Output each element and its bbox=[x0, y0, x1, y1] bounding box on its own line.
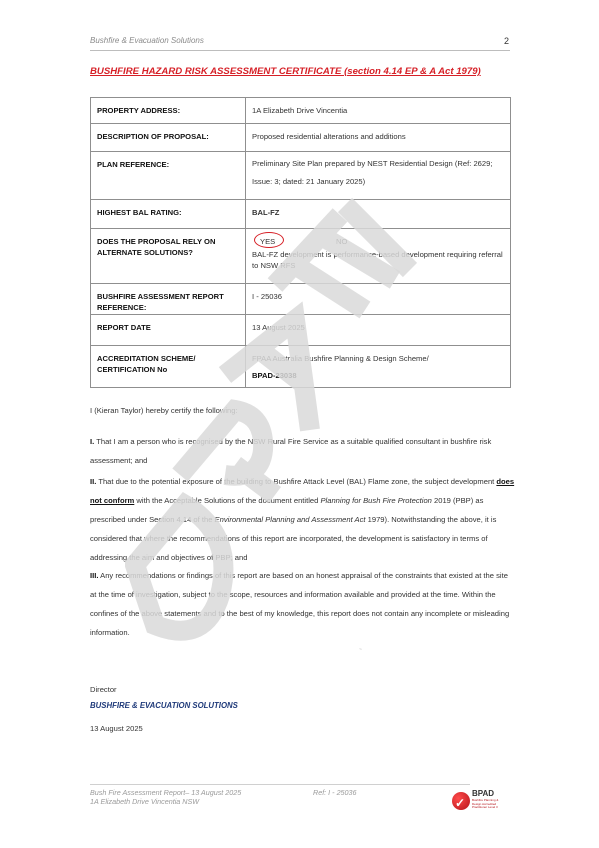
table-row: HIGHEST BAL RATING: BAL-FZ bbox=[91, 200, 511, 229]
row-label: PROPERTY ADDRESS: bbox=[91, 98, 246, 124]
signature-date: 13 August 2025 bbox=[90, 724, 143, 733]
proposal-description-value: Proposed residential alterations and add… bbox=[246, 124, 511, 152]
footer-reference: Ref: I - 25036 bbox=[313, 788, 357, 797]
certification-number: BPAD-23038 bbox=[252, 370, 504, 381]
row-label: DOES THE PROPOSAL RELY ON ALTERNATE SOLU… bbox=[91, 229, 246, 284]
signatory-role: Director bbox=[90, 685, 117, 694]
footer-rule bbox=[90, 784, 470, 785]
row-label: DESCRIPTION OF PROPOSAL: bbox=[91, 124, 246, 152]
certification-item-3: III. Any recommendations or findings of … bbox=[90, 566, 515, 642]
bal-rating-value: BAL-FZ bbox=[246, 200, 511, 229]
plan-reference-value: Preliminary Site Plan prepared by NEST R… bbox=[252, 155, 504, 191]
running-header: Bushfire & Evacuation Solutions bbox=[90, 36, 510, 45]
property-address-value: 1A Elizabeth Drive Vincentia bbox=[246, 98, 511, 124]
signatory-company: BUSHFIRE & EVACUATION SOLUTIONS bbox=[90, 701, 238, 710]
page-number: 2 bbox=[504, 36, 509, 46]
row-label: PLAN REFERENCE: bbox=[91, 152, 246, 200]
table-row: BUSHFIRE ASSESSMENT REPORT REFERENCE: I … bbox=[91, 284, 511, 315]
row-label: BUSHFIRE ASSESSMENT REPORT REFERENCE: bbox=[91, 284, 246, 315]
certification-intro: I (Kieran Taylor) hereby certify the fol… bbox=[90, 401, 515, 420]
table-row: PROPERTY ADDRESS: 1A Elizabeth Drive Vin… bbox=[91, 98, 511, 124]
table-row: PLAN REFERENCE: Preliminary Site Plan pr… bbox=[91, 152, 511, 200]
row-label: ACCREDITATION SCHEME/ CERTIFICATION No bbox=[91, 346, 246, 388]
selected-circle-mark bbox=[254, 232, 284, 248]
certification-item-1: I. That I am a person who is recognised … bbox=[90, 432, 515, 470]
alternate-solutions-note: BAL-FZ development is performance-based … bbox=[252, 249, 504, 271]
header-rule bbox=[90, 50, 510, 51]
certification-item-2: II. That due to the potential exposure o… bbox=[90, 472, 515, 567]
checkmark-icon: ✓ bbox=[455, 796, 465, 810]
footer-report-info: Bush Fire Assessment Report– 13 August 2… bbox=[90, 788, 241, 806]
bpad-badge-icon: ✓ bbox=[452, 792, 470, 810]
row-label: REPORT DATE bbox=[91, 315, 246, 346]
table-row: DESCRIPTION OF PROPOSAL: Proposed reside… bbox=[91, 124, 511, 152]
stray-mark: ~ bbox=[359, 647, 362, 653]
table-row: ACCREDITATION SCHEME/ CERTIFICATION No F… bbox=[91, 346, 511, 388]
table-row: REPORT DATE 13 August 2025 bbox=[91, 315, 511, 346]
table-row: DOES THE PROPOSAL RELY ON ALTERNATE SOLU… bbox=[91, 229, 511, 284]
report-reference-value: I - 25036 bbox=[246, 284, 511, 315]
yes-no-selector: YES NO bbox=[252, 236, 504, 249]
option-yes: YES bbox=[260, 236, 275, 247]
row-label: HIGHEST BAL RATING: bbox=[91, 200, 246, 229]
option-no: NO bbox=[336, 236, 347, 247]
certificate-title: BUSHFIRE HAZARD RISK ASSESSMENT CERTIFIC… bbox=[90, 66, 481, 77]
certificate-table: PROPERTY ADDRESS: 1A Elizabeth Drive Vin… bbox=[90, 97, 511, 388]
accreditation-scheme-value: FPAA Australia Bushfire Planning & Desig… bbox=[252, 353, 504, 364]
bpad-logo: ✓ BPAD Bushfire Planning & Design Accred… bbox=[452, 789, 512, 813]
report-date-value: 13 August 2025 bbox=[246, 315, 511, 346]
